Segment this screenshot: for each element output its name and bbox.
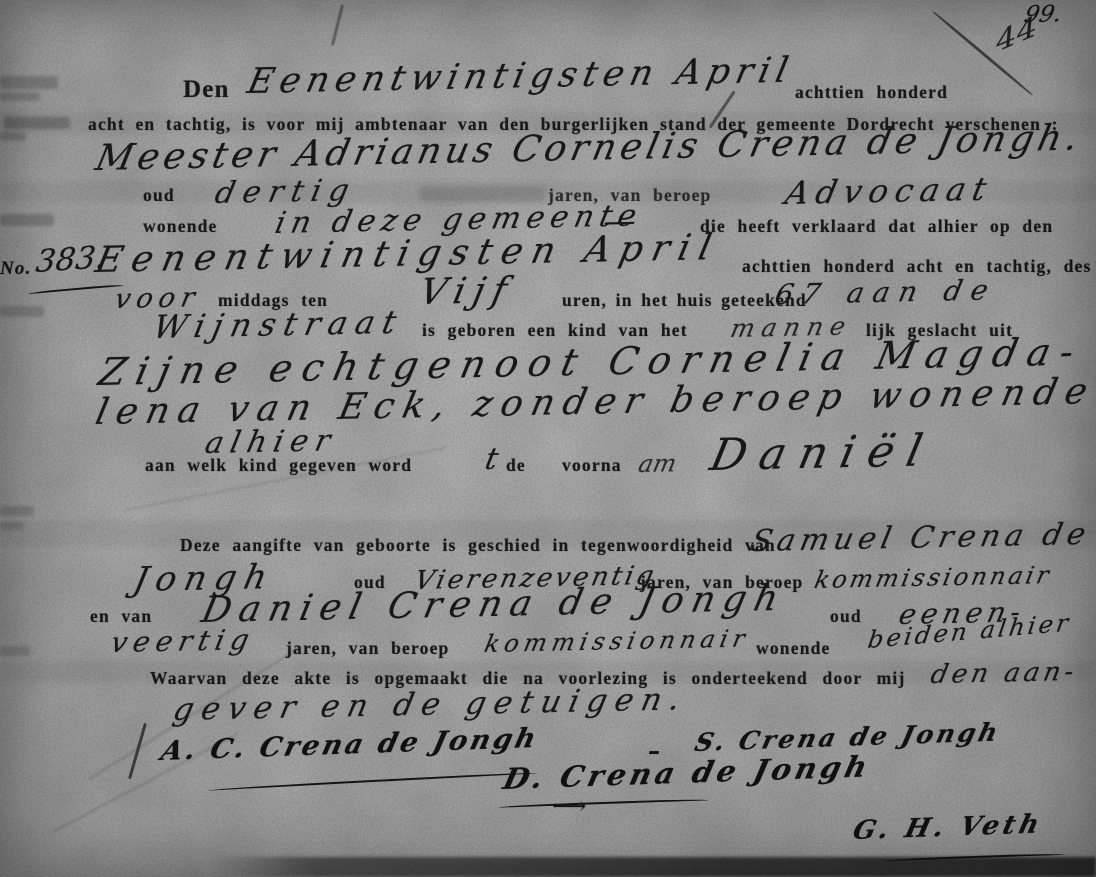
handwritten-fragment: 67 aan de [772, 273, 1000, 311]
scan-edge-shadow [210, 857, 1096, 877]
printed-fragment: en van [90, 606, 152, 627]
bleed-through-mark [0, 506, 34, 516]
handwritten-fragment: am [636, 449, 679, 478]
bleed-through-mark [0, 214, 54, 226]
bleed-through-mark [0, 522, 24, 530]
handwritten-fragment: Vijf [416, 270, 518, 313]
printed-fragment: die heeft verklaard dat alhier op den [700, 216, 1053, 237]
arrow-mark: ⟶ [552, 792, 586, 821]
printed-fragment: voorna [562, 455, 622, 476]
printed-fragment: achttien honderd acht en tachtig, des [742, 256, 1092, 277]
signature-witness-daniel: D. Crena de Jongh [500, 749, 875, 796]
handwritten-child-name: Daniël [706, 425, 940, 481]
act-number-label: No. [0, 258, 32, 280]
handwritten-fragment: Eenentwintigsten April [244, 51, 798, 102]
printed-fragment: uren, in het huis geteekend [562, 290, 807, 311]
printed-fragment: de [506, 455, 526, 476]
handwritten-fragment: Wijnstraat [150, 303, 408, 346]
handwritten-fragment: t [482, 442, 501, 477]
bleed-through-mark [0, 132, 26, 141]
handwritten-fragment: kommissionnair [812, 561, 1054, 594]
bleed-through-mark [0, 76, 58, 89]
signature-lead-stroke [128, 723, 146, 779]
act-number-underline [28, 284, 124, 295]
printed-fragment: achttien honderd [795, 82, 948, 103]
printed-fragment: Den [183, 76, 230, 104]
handwritten-fragment: Daniel Crena de Jongh [198, 578, 790, 631]
handwritten-fragment: den aan- [928, 657, 1081, 690]
birth-certificate-scan: 99. 44 No. 383. Den Eenentwintigsten Apr… [0, 0, 1096, 877]
bleed-through-mark [4, 117, 70, 129]
bleed-through-mark [0, 306, 44, 317]
handwritten-fragment: Samuel Crena de [748, 517, 1094, 559]
bleed-through-mark [0, 646, 30, 656]
bleed-through-mark [0, 92, 40, 101]
page-number-scribble: 44 [994, 10, 1039, 59]
printed-fragment: wonende [756, 638, 831, 659]
printed-fragment: oud [830, 606, 862, 627]
printed-fragment: Deze aangifte van geboorte is geschied i… [180, 535, 776, 556]
signature-declarant: A. C. Crena de Jongh [158, 723, 542, 767]
signature-underline-flourish [498, 798, 708, 808]
signature-underline-flourish [208, 771, 538, 791]
faded-print-smudge [420, 186, 545, 202]
handwritten-fragment: veertig [108, 623, 258, 659]
handwritten-fragment: kommissionnair [482, 624, 752, 658]
handwritten-fragment: Advocaat [782, 170, 997, 212]
printed-fragment: wonende [143, 216, 218, 237]
printed-fragment: jaren, van beroep [286, 638, 450, 659]
stray-ink-mark [331, 4, 344, 45]
printed-fragment: aan welk kind gegeven word [145, 455, 412, 476]
printed-fragment: oud [143, 185, 175, 206]
signature-registrar: G. H. Veth [850, 809, 1046, 846]
